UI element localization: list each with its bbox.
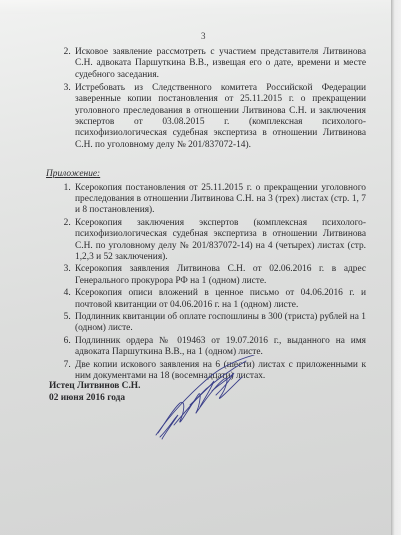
paper-fold-highlight [0, 0, 401, 14]
page-number: 3 [201, 31, 206, 41]
appendix-item: Подлинник квитанции об оплате госпошлины… [73, 312, 366, 335]
signer-name: Истец Литвинов С.Н. [49, 381, 140, 393]
requests-list: Исковое заявление рассмотреть с участием… [58, 47, 366, 151]
signature-date: 02 июня 2016 года [49, 393, 140, 405]
appendix-list: Ксерокопия постановления от 25.11.2015 г… [58, 183, 366, 383]
request-item: Истребовать из Следственного комитета Ро… [73, 83, 366, 151]
request-item: Исковое заявление рассмотреть с участием… [73, 47, 366, 81]
appendix-item: Ксерокопия постановления от 25.11.2015 г… [73, 183, 366, 217]
handwritten-signature-icon [150, 355, 260, 440]
appendix-item: Ксерокопия заявления Литвинова С.Н. от 0… [73, 264, 366, 287]
appendix-item: Ксерокопия описи вложений в ценное письм… [73, 288, 366, 311]
appendix-item: Ксерокопия заключения экспертов (комплек… [73, 218, 366, 264]
document-body: Исковое заявление рассмотреть с участием… [58, 47, 366, 383]
appendix-heading: Приложение: [46, 169, 366, 180]
paper-edge [391, 0, 401, 535]
signature-block: Истец Литвинов С.Н. 02 июня 2016 года [49, 381, 140, 404]
